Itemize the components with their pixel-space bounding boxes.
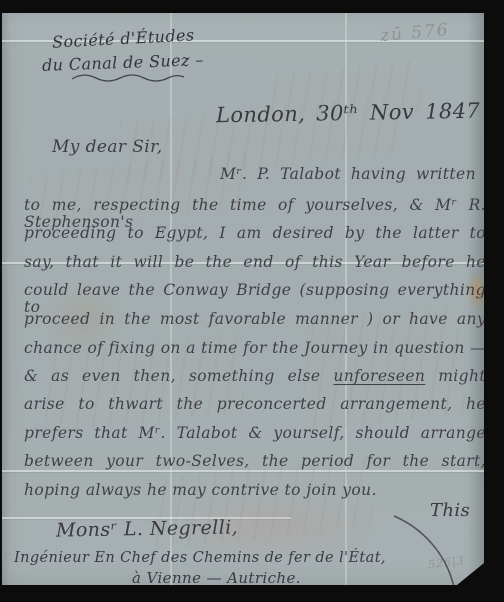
- letter-line: arise to thwart the preconcerted arrange…: [24, 396, 484, 413]
- letter-line: say, that it will be the end of this Yea…: [24, 254, 484, 271]
- letterhead-line2: du Canal de Suez –: [42, 50, 204, 75]
- salutation: My dear Sir,: [52, 137, 163, 157]
- recipient-address-suffix: — Autriche.: [201, 569, 301, 585]
- letter-line: & as even then, something else unforesee…: [24, 368, 484, 385]
- recipient-title: Ingénieur En Chef des Chemins de fer de …: [14, 550, 386, 566]
- letter-opening-line: Mʳ. P. Talabot having written: [220, 165, 476, 183]
- letterhead-line1: Société d'Études: [52, 25, 195, 51]
- letter-line-segment: & as even then, something else: [24, 367, 333, 385]
- pencil-note-bottom-left: 1ᵗ: [3, 551, 11, 561]
- dateline: London, 30ᵗʰ Nov 1847: [216, 99, 481, 128]
- recipient-address-prefix: à: [132, 569, 147, 585]
- letter-line: prefers that Mʳ. Talabot & yourself, sho…: [24, 425, 484, 442]
- catchword-flourish: [394, 516, 454, 585]
- scan-background: Société d'Études du Canal de Suez – zū 5…: [0, 0, 504, 602]
- letter-line: between your two-Selves, the period for …: [24, 453, 484, 470]
- pencil-note-bottom-right: 526|3: [427, 554, 465, 571]
- letter-line: proceeding to Egypt, I am desired by the…: [24, 225, 484, 242]
- recipient-address: à Vienne — Autriche.: [132, 569, 301, 585]
- catchword: This: [430, 500, 470, 521]
- recipient-city-underlined: Vienne: [147, 569, 202, 585]
- recipient-name: Monsʳ L. Negrelli,: [56, 516, 238, 541]
- underlined-word: unforeseen: [333, 367, 425, 385]
- letter-line: chance of fixing on a time for the Journ…: [24, 340, 484, 357]
- letter-line-segment: might: [425, 367, 484, 385]
- letter-line: proceed in the most favorable manner ) o…: [24, 311, 484, 328]
- letter-paper: Société d'Études du Canal de Suez – zū 5…: [2, 13, 484, 585]
- letter-line: hoping always he may contrive to join yo…: [24, 482, 424, 499]
- pencil-note-top-right: zū 576: [379, 20, 450, 46]
- letterhead-underline-flourish: [72, 75, 184, 81]
